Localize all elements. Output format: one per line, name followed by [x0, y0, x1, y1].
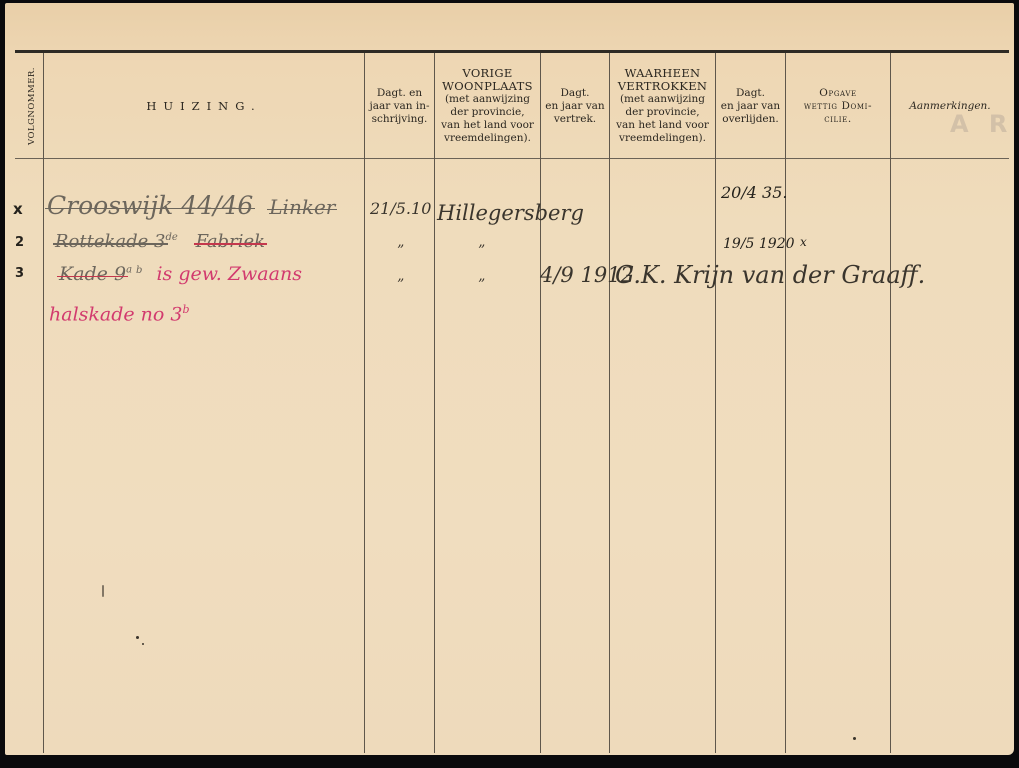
row-marker: 2	[15, 235, 24, 250]
column-divider	[715, 53, 716, 753]
column-divider	[609, 53, 610, 753]
overlijden-date-1: 20/4 35.	[721, 183, 787, 202]
header-overlijden: Dagt. en jaar van overlijden.	[716, 55, 785, 157]
header-divider	[15, 158, 1009, 159]
ink-speck	[142, 643, 144, 645]
inschrijving-date-1: 21/5.10	[370, 199, 431, 218]
row-marker: 3	[15, 266, 24, 281]
header-vertrek: Dagt. en jaar van vertrek.	[541, 55, 609, 157]
column-divider	[540, 53, 541, 753]
header-aanmerkingen: Aanmerkingen.	[891, 55, 1009, 157]
overlijden-mark: x	[800, 235, 807, 249]
header-waarheen-vertrokken: WAARHEEN VERTROKKEN (met aanwijzing der …	[610, 55, 715, 157]
ink-speck	[102, 585, 104, 597]
row-marker: x	[13, 200, 23, 218]
inschrijving-ditto-3: ”	[397, 277, 404, 293]
header-inschrijving: Dagt. en jaar van in- schrijving.	[365, 55, 434, 157]
huizing-line-1: Crooswijk 44/46 Linker	[47, 191, 335, 220]
inschrijving-ditto-2: ”	[397, 243, 404, 259]
vorige-woonplaats-1: Hillegersberg	[437, 201, 584, 225]
header-vorige-woonplaats: VORIGE WOONPLAATS (met aanwijzing der pr…	[435, 55, 540, 157]
ink-speck	[136, 636, 139, 639]
column-divider	[434, 53, 435, 753]
vorige-woonplaats-ditto-2: ”	[478, 243, 485, 259]
huizing-line-3: Kade 9ab is gew. Zwaans	[59, 263, 302, 285]
huizing-line-2: Rottekade 3de Fabriek	[55, 231, 265, 252]
register-page: VOLGNOMMER. HUIZING. Dagt. en jaar van i…	[5, 3, 1014, 755]
overlijden-date-2: 19/5 1920	[723, 236, 795, 252]
column-divider	[43, 53, 44, 753]
header-domicilie: Opgave wettig Domi- cilie.	[786, 55, 890, 157]
column-divider	[890, 53, 891, 753]
vorige-woonplaats-ditto-3: ”	[478, 277, 485, 293]
column-divider	[785, 53, 786, 753]
top-rule	[15, 50, 1009, 53]
huizing-line-4: halskade no 3b	[49, 303, 190, 325]
column-divider	[364, 53, 365, 753]
faded-stamp: A R	[950, 110, 1013, 138]
ink-speck	[853, 737, 856, 740]
waarheen-vertrokken: G.K. Krijn van der Graaff.	[615, 261, 925, 289]
header-huizing: HUIZING.	[44, 55, 364, 157]
